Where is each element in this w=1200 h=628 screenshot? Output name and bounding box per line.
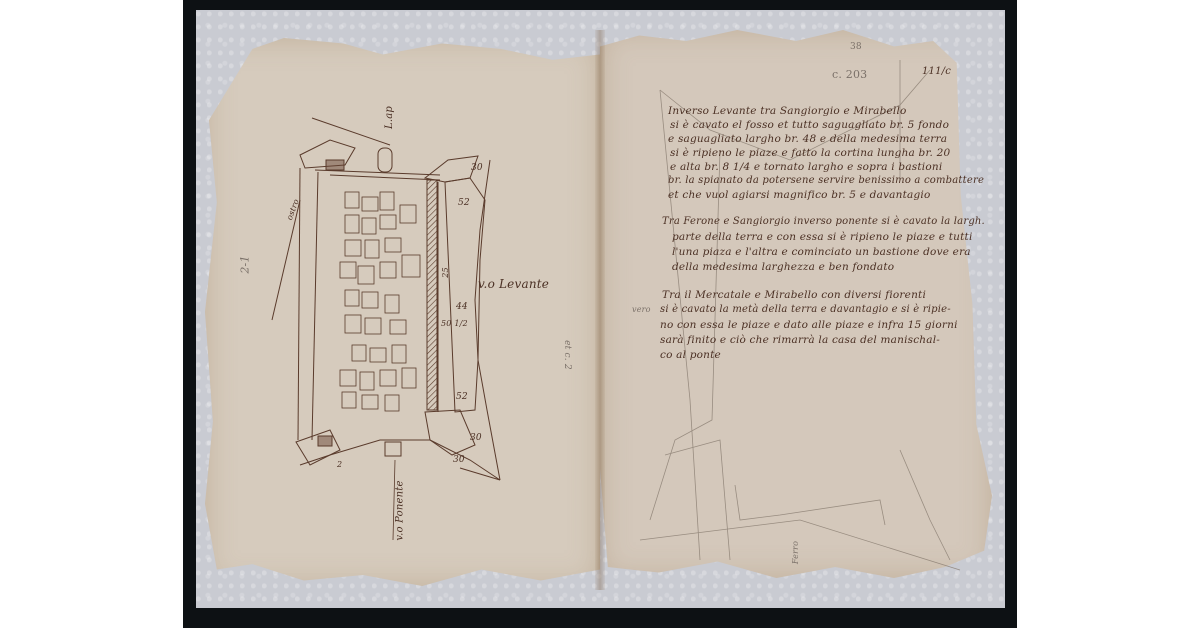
text-line: br. la spianato da potersene servire ben… bbox=[668, 175, 984, 186]
bottom-label: Ferro bbox=[791, 541, 800, 564]
label-ponente: v.o Ponente bbox=[395, 480, 406, 540]
folio-mark-top: 38 bbox=[850, 42, 862, 52]
margin-note: vero bbox=[632, 305, 651, 314]
text-line: si è ripieno le piaze e fatto la cortina… bbox=[670, 147, 950, 159]
text-line: si è cavato el fosso et tutto saguagliat… bbox=[670, 119, 949, 131]
text-line: della medesima larghezza e ben fondato bbox=[672, 261, 894, 273]
text-line: e saguagliato largho br. 48 e della mede… bbox=[668, 133, 947, 145]
measure-bottom-corner: 30 bbox=[470, 433, 482, 443]
text-line: l'una piaza e l'altra e cominciato un ba… bbox=[672, 246, 971, 258]
text-line: et che vuol agiarsi magnifico br. 5 e da… bbox=[668, 189, 930, 201]
text-line: no con essa le piaze e dato alle piaze e… bbox=[660, 319, 958, 331]
text-line: Tra il Mercatale e Mirabello con diversi… bbox=[662, 289, 926, 301]
margin-mark: 2-1 bbox=[239, 255, 252, 273]
text-line: e alta br. 8 1/4 e tornato largho e sopr… bbox=[670, 161, 942, 173]
right-margin-note: et c. 2 bbox=[562, 340, 572, 370]
folio-mark-right: 111/c bbox=[922, 66, 951, 77]
measure-bottom-side: 52 bbox=[456, 392, 468, 402]
text-line: Inverso Levante tra Sangiorgio e Mirabel… bbox=[668, 105, 907, 117]
measure-top-corner: 30 bbox=[471, 163, 483, 173]
text-line: co al ponte bbox=[660, 349, 721, 361]
text-line: parte della terra e con essa si è ripien… bbox=[672, 231, 973, 243]
measure-middle: 44 bbox=[456, 302, 468, 312]
label-north-gate: L.ap bbox=[384, 106, 395, 129]
text-line: si è cavato la metà della terra e davant… bbox=[660, 304, 951, 315]
measure-curtain: 25 bbox=[441, 267, 450, 278]
fortress-plan-drawing bbox=[0, 0, 1200, 628]
text-line: sarà finito e ciò che rimarrà la casa de… bbox=[660, 334, 940, 346]
measure-bottom-left: 2 bbox=[337, 460, 342, 469]
folio-number: c. 203 bbox=[832, 68, 867, 81]
measure-bottom-wall: 30 bbox=[453, 455, 465, 465]
label-levante: v.o Levante bbox=[478, 277, 549, 291]
measure-inner: 50 1/2 bbox=[441, 319, 468, 328]
text-line: Tra Ferone e Sangiorgio inverso ponente … bbox=[662, 216, 985, 227]
measure-top-side: 52 bbox=[458, 198, 470, 208]
